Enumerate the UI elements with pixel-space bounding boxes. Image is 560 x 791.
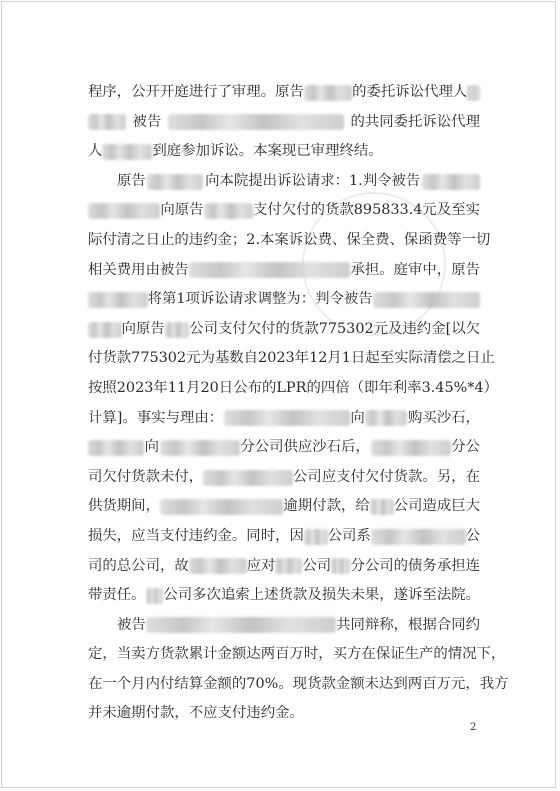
text-segment: 向原告 xyxy=(160,196,203,226)
text-segment: 按照2023年11月20日公布的LPR的四倍（即年利率3.45%*4） xyxy=(88,374,498,404)
text-segment: 承担。庭审中，原告 xyxy=(350,256,480,286)
text-segment: 公司 xyxy=(302,552,331,582)
redacted-name xyxy=(160,440,240,456)
redacted-name xyxy=(168,114,344,130)
text-segment: 公司造成巨大 xyxy=(394,492,480,522)
redacted-name xyxy=(88,322,122,338)
text-segment: 司欠付货款未付， xyxy=(88,463,203,493)
redacted-name xyxy=(373,292,480,308)
text-line: 向原告公司支付欠付的货款775302元及违约金[以欠 xyxy=(88,315,480,345)
judgment-body-text: 程序，公开开庭进行了审理。原告的委托诉讼代理人被告的共同委托诉讼代理人到庭参加诉… xyxy=(88,78,480,729)
redacted-name xyxy=(88,114,126,130)
text-segment: 购买沙石， xyxy=(408,404,480,434)
redacted-name xyxy=(88,203,160,219)
redacted-name xyxy=(304,529,328,545)
text-line: 将第1项诉讼请求调整为：判令被告 xyxy=(88,285,480,315)
text-segment: 并未逾期付款，不应支付违约金。 xyxy=(88,699,304,729)
redacted-name xyxy=(189,558,247,574)
text-segment: 分公司的债务承担连 xyxy=(350,552,480,582)
text-segment: 原告 xyxy=(117,167,146,197)
text-line: 按照2023年11月20日公布的LPR的四倍（即年利率3.45%*4） xyxy=(88,374,480,404)
text-segment: 分公司供应沙石后， xyxy=(240,433,370,463)
redacted-name xyxy=(189,262,351,278)
text-segment: 在一个月内付结算金额的70%。现货款金额未达到两百万元，我方 xyxy=(88,670,509,700)
text-segment: 分公 xyxy=(451,433,480,463)
text-segment: 应对 xyxy=(247,552,276,582)
redacted-name xyxy=(88,440,144,456)
text-segment: 损失，应当支付违约金。同时，因 xyxy=(88,522,304,552)
text-segment: 供货期间， xyxy=(88,492,160,522)
text-segment: 计算]。事实与理由： xyxy=(88,404,223,434)
text-line: 被告的共同委托诉讼代理 xyxy=(88,108,480,138)
text-line: 向原告支付欠付的货款895833.4元及至实 xyxy=(88,196,480,226)
text-line: 人到庭参加诉讼。本案现已审理终结。 xyxy=(88,137,480,167)
redacted-name xyxy=(165,322,189,338)
redacted-name xyxy=(467,85,480,101)
redacted-name xyxy=(160,499,283,515)
text-line: 付货款775302元为基数自2023年12月1日起至实际清偿之日止 xyxy=(88,344,480,374)
text-segment: 的共同委托诉讼代理 xyxy=(350,108,480,138)
text-line: 计算]。事实与理由：向购买沙石， xyxy=(88,404,480,434)
text-segment: 公司应支付欠付货款。另，在 xyxy=(293,463,480,493)
text-segment: 逾期付款，给 xyxy=(283,492,369,522)
text-segment: 被告 xyxy=(117,611,146,641)
redacted-name xyxy=(146,617,336,633)
redacted-name xyxy=(371,440,451,456)
text-segment: 被告 xyxy=(133,108,162,138)
text-line: 向分公司供应沙石后，分公 xyxy=(88,433,480,463)
redacted-name xyxy=(88,292,148,308)
text-segment: 付货款775302元为基数自2023年12月1日起至实际清偿之日止 xyxy=(88,344,495,374)
redacted-name xyxy=(224,410,350,426)
text-segment: 向 xyxy=(350,404,364,434)
text-segment: 相关费用由被告 xyxy=(88,256,189,286)
text-line: 损失，应当支付违约金。同时，因公司系公 xyxy=(88,522,480,552)
text-segment: 共同辩称，根据合同约 xyxy=(336,611,480,641)
redacted-name xyxy=(304,85,352,101)
text-segment: 公 xyxy=(466,522,480,552)
redacted-name xyxy=(371,529,466,545)
document-page: 程序，公开开庭进行了审理。原告的委托诉讼代理人被告的共同委托诉讼代理人到庭参加诉… xyxy=(1,1,556,788)
text-line: 定，当卖方货款累计金额达两百万时，买方在保证生产的情况下， xyxy=(88,640,480,670)
text-segment: 际付清之日止的违约金；2.本案诉讼费、保全费、保函费等一切 xyxy=(88,226,490,256)
text-line: 司的总公司，故应对公司分公司的债务承担连 xyxy=(88,552,480,582)
text-line: 被告共同辩称，根据合同约 xyxy=(88,611,480,641)
text-segment: 向 xyxy=(145,433,159,463)
redacted-name xyxy=(370,499,394,515)
redacted-name xyxy=(365,410,407,426)
redacted-name xyxy=(331,558,350,574)
text-line: 带责任。公司多次追索上述货款及损失未果，遂诉至法院。 xyxy=(88,581,480,611)
redacted-name xyxy=(204,203,253,219)
text-segment: 公司多次追索上述货款及损失未果，遂诉至法院。 xyxy=(163,581,480,611)
text-segment: 司的总公司，故 xyxy=(88,552,189,582)
text-segment: 定，当卖方货款累计金额达两百万时，买方在保证生产的情况下， xyxy=(88,640,505,670)
text-line: 程序，公开开庭进行了审理。原告的委托诉讼代理人 xyxy=(88,78,480,108)
text-segment: 支付欠付的货款895833.4元及至实 xyxy=(253,196,480,226)
text-line: 在一个月内付结算金额的70%。现货款金额未达到两百万元，我方 xyxy=(88,670,480,700)
text-segment: 的委托诉讼代理人 xyxy=(352,78,467,108)
redacted-name xyxy=(146,588,164,604)
text-line: 并未逾期付款，不应支付违约金。 xyxy=(88,699,480,729)
text-segment: 向原告 xyxy=(122,315,165,345)
text-line: 供货期间，逾期付款，给公司造成巨大 xyxy=(88,492,480,522)
text-line: 相关费用由被告承担。庭审中，原告 xyxy=(88,256,480,286)
text-segment: 公司系 xyxy=(328,522,371,552)
text-segment: 带责任。 xyxy=(88,581,146,611)
redacted-name xyxy=(422,174,480,190)
text-segment: 将第1项诉讼请求调整为：判令被告 xyxy=(148,285,373,315)
redacted-name xyxy=(275,558,302,574)
page-number: 2 xyxy=(470,722,476,733)
text-line: 司欠付货款未付，公司应支付欠付货款。另，在 xyxy=(88,463,480,493)
text-segment: 程序，公开开庭进行了审理。原告 xyxy=(88,78,304,108)
text-segment: 向本院提出诉讼请求：1.判令被告 xyxy=(205,167,420,197)
redacted-name xyxy=(147,174,203,190)
text-line: 际付清之日止的违约金；2.本案诉讼费、保全费、保函费等一切 xyxy=(88,226,480,256)
text-line: 原告向本院提出诉讼请求：1.判令被告 xyxy=(88,167,480,197)
text-segment: 到庭参加诉讼。本案现已审理终结。 xyxy=(152,137,382,167)
redacted-name xyxy=(203,470,293,486)
redacted-name xyxy=(102,144,152,160)
text-segment: 公司支付欠付的货款775302元及违约金[以欠 xyxy=(189,315,480,345)
text-segment: 人 xyxy=(88,137,102,167)
